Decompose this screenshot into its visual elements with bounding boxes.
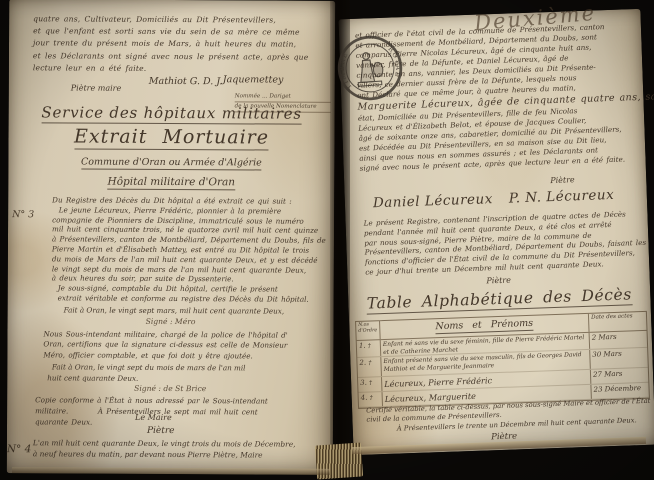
deaths-index-table: N.os d'Ordre Noms et Prénoms Date des ac… <box>355 311 650 409</box>
order-number-cell: 4. † <box>359 392 383 407</box>
act2-ending-paragraph: quatre ans, Cultivateur, Domiciliés au D… <box>33 13 333 76</box>
intendant-certification: Nous Sous-intendant militaire, chargé de… <box>43 329 329 362</box>
left-page-bottom-edge <box>12 467 330 475</box>
title-commune: Commune d'Oran ou Armée d'Algérie <box>8 156 334 171</box>
text-line: Nommée … Dariget <box>235 92 331 103</box>
signature-daniel-lecureux: Daniel Lécureux <box>373 191 493 211</box>
date-cell: 2 Mars <box>589 331 648 349</box>
signature-pietre: Piètre <box>147 426 175 436</box>
fait-a-oran-1: Fait à Oran, le vingt sept mars, mil hui… <box>64 305 285 315</box>
act-number-3: N° 3 <box>12 209 34 220</box>
table-title: Table Alphabétique des Décès <box>348 285 651 316</box>
copie-conforme-paragraph: Copie conforme à l'État à nous adressé p… <box>35 394 329 429</box>
order-number-cell: 1. † <box>357 340 382 357</box>
act4-opening: L'an mil huit cent quarante Deux, le vin… <box>33 437 331 461</box>
register-closing-paragraph: Le présent Registre, contenant l'inscrip… <box>363 209 641 277</box>
left-page: quatre ans, Cultivateur, Domiciliés au D… <box>7 0 335 475</box>
text-line: extrait véritable et conforme au registr… <box>58 294 330 306</box>
signature-mero: Signé : Méro <box>8 316 334 327</box>
text-line: jour trente du présent mois de Mars, à h… <box>33 38 333 52</box>
text-line: lecture leur en a été faite. <box>33 62 333 76</box>
svg-text:ROYAL: ROYAL <box>386 44 403 79</box>
signature-jaquemettey: Jaquemettey <box>223 74 284 85</box>
cross-mark-icon: † <box>370 394 373 401</box>
act3-death-extract: Du Registre des Décès du Dit hôpital a é… <box>52 195 332 285</box>
signature-pietre-small: Piètre <box>550 175 575 185</box>
date-cell: 30 Mars <box>589 348 648 369</box>
column-header-order-number: N.os d'Ordre <box>356 321 381 340</box>
date-cell: 27 Mars <box>590 368 648 384</box>
cross-mark-icon: † <box>369 379 372 386</box>
table-body: 1. † Enfant né sans vie du sexe féminin,… <box>357 331 649 408</box>
title-extrait-mortuaire: Extrait Mortuaire <box>8 125 334 151</box>
cross-mark-icon: † <box>368 342 371 349</box>
text-line: Méro, officier comptable, et que foi doi… <box>43 350 329 362</box>
signature-pietre-maire: Piètre maire <box>71 83 122 92</box>
title-service: Service des hôpitaux militaires <box>9 103 335 125</box>
le-maire-label: Le Maire <box>135 413 172 422</box>
column-header-act-date: Date des actes <box>588 312 647 332</box>
title-hopital: Hôpital militaire d'Oran <box>8 175 334 191</box>
cross-mark-icon: † <box>368 359 371 366</box>
order-number-cell: 2. † <box>357 357 382 377</box>
text-line: quarante Deux. <box>35 417 329 430</box>
signature-mathiot: Mathiot G. D. J. <box>149 76 223 87</box>
signature-st-brice: Signé : de St Brice <box>7 383 333 394</box>
register-scan: quatre ans, Cultivateur, Domiciliés au D… <box>0 0 654 480</box>
signature-pn-lecureux: P. N. Lécureux <box>509 187 615 207</box>
fait-a-oran-2: Fait à Oran, le vingt sept du mois de ma… <box>47 361 327 384</box>
comptable-certification: Je sous-signé, comptable du Dit hôpital,… <box>58 283 330 305</box>
text-line: à neuf heures du matin, par devant nous … <box>33 448 331 461</box>
order-number-cell: 3. † <box>358 377 382 392</box>
timbre-royal-stamp-icon: TIMBRE ROYAL <box>334 32 407 105</box>
act-number-4: N° 4 <box>7 443 32 455</box>
